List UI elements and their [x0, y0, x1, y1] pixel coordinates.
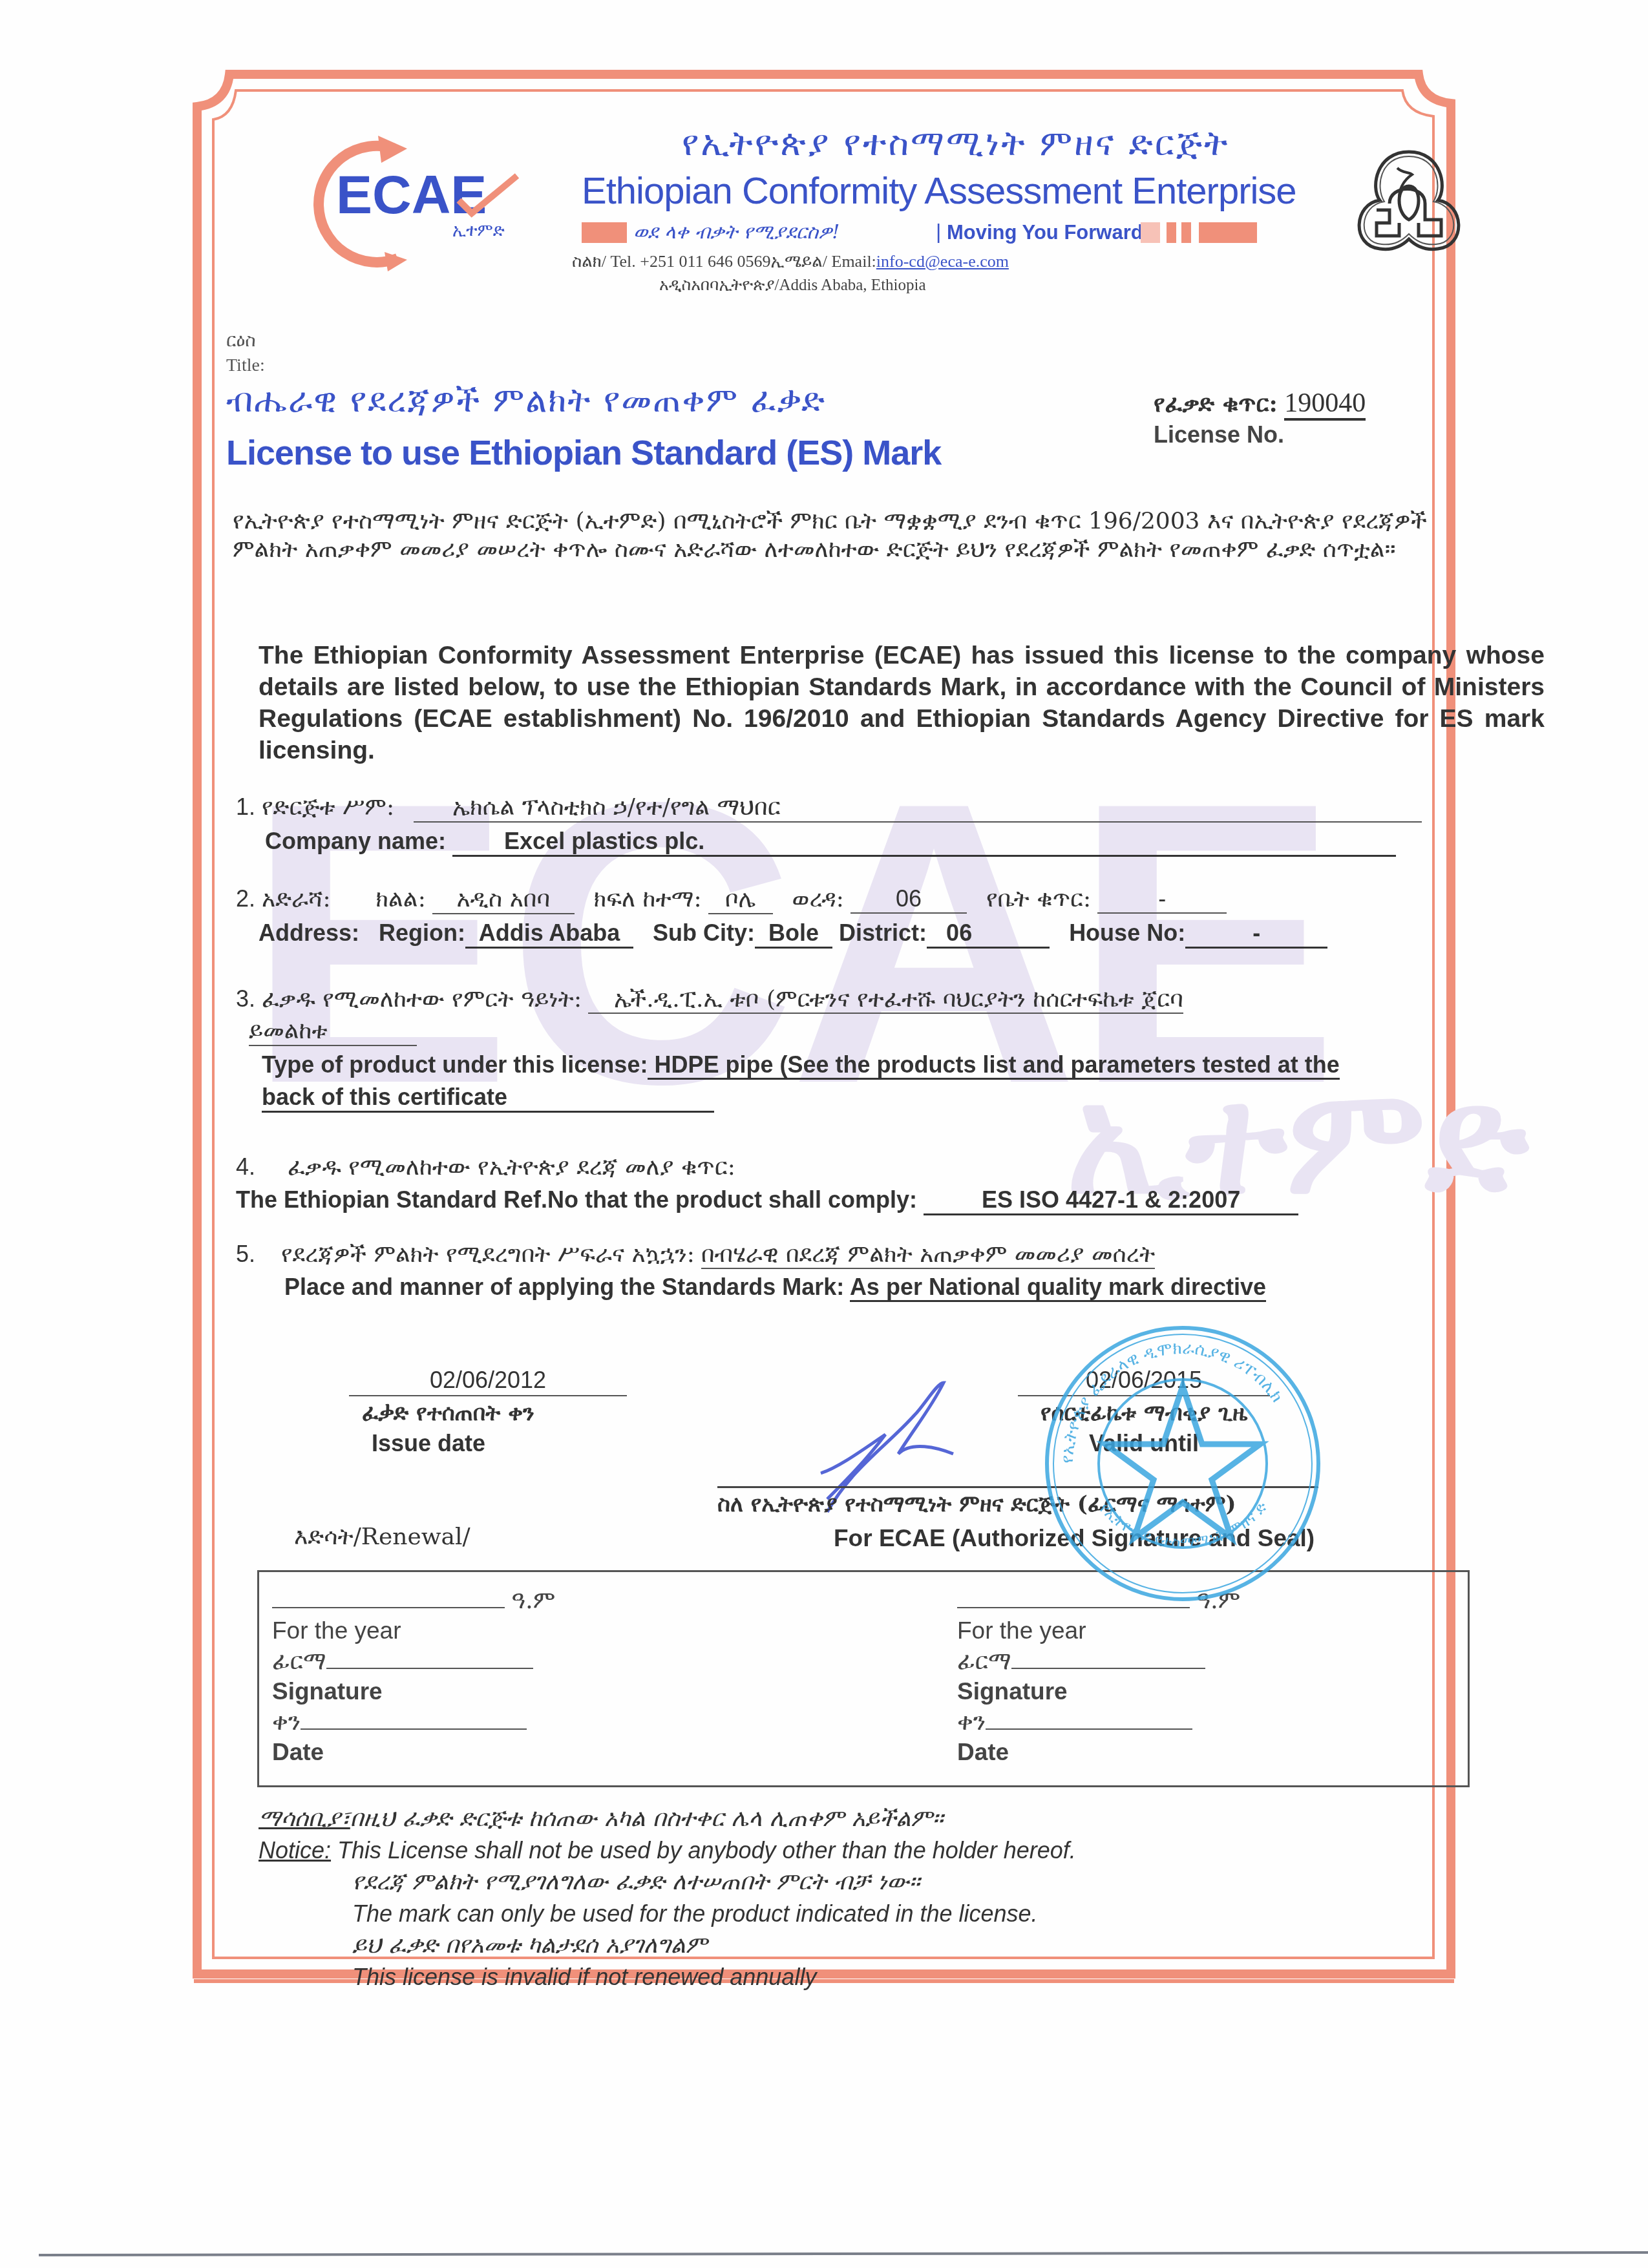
product-type-en-cont: back of this certificate: [262, 1084, 714, 1113]
standard-field: 4.ፈቃዱ የሚመለከተው የኢትዮጵያ ደረጃ መለያ ቁጥር: The Et…: [236, 1153, 1464, 1215]
page-title-amharic: ብሔራዊ የደረጃዎች ምልክት የመጠቀም ፈቃድ: [226, 381, 826, 421]
company-name-am: ኤክሴል ፕላስቲክስ ኃ/የተ/የግል ማህበር: [414, 794, 1422, 823]
standard-label-am: ፈቃዱ የሚመለከተው የኢትዮጵያ ደረጃ መለያ ቁጥር:: [288, 1154, 735, 1181]
renewal-label: እድሳት/Renewal/: [294, 1524, 470, 1551]
org-name-english: Ethiopian Conformity Assessment Enterpri…: [582, 169, 1296, 213]
license-number: 190040: [1284, 388, 1366, 421]
company-name-en: Excel plastics plc.: [452, 828, 1396, 857]
slogan-am: ወደ ላቀ ብቃት የሚያደርስዎ!: [633, 221, 840, 244]
company-label-am: የድርጅቱ ሥም:: [262, 794, 394, 821]
svg-text:ኢተምድ: ኢተምድ: [452, 221, 505, 240]
region-am: አዲስ አበባ: [432, 886, 575, 914]
issue-date-label-am: ፈቃድ የተሰጠበት ቀን: [349, 1400, 627, 1426]
renewal-year-input[interactable]: [272, 1586, 505, 1608]
header-address: አዲስአበባኢትዮጵያ/Addis Ababa, Ethiopia: [659, 277, 926, 295]
header: ECAE ኢተምድ የኢትዮጵያ የተስማሚነት ምዘና ድርጅት Ethiop…: [310, 123, 1461, 310]
mark-field: 5. የደረጃዎች ምልክት የሚደረግበት ሥፍራና አኳኋን: በብሄራዊ …: [236, 1241, 1464, 1301]
standard-label-en: The Ethiopian Standard Ref.No that the p…: [236, 1186, 917, 1213]
license-no-label-am: የፈቃድ ቁጥር:: [1154, 390, 1278, 417]
renewal-column-2: ዓ.ም For the year ፊርማ Signature ቀን Date: [957, 1585, 1240, 1767]
mark-label-am: የደረጃዎች ምልክት የሚደረግበት ሥፍራና አኳኋን:: [281, 1241, 695, 1268]
issue-date: 02/06/2012: [349, 1367, 627, 1396]
renewal-signature-input[interactable]: [326, 1647, 533, 1669]
renewal-date-input[interactable]: [986, 1708, 1192, 1730]
standards-emblem-icon: [1351, 142, 1467, 265]
product-type-en: HDPE pipe (See the products list and par…: [648, 1051, 1339, 1080]
product-type-am-cont: ይመልከቱ: [249, 1018, 417, 1046]
issue-date-block: 02/06/2012 ፈቃድ የተሰጠበት ቀን Issue date: [349, 1367, 627, 1457]
address-label-en: Address:: [259, 919, 359, 946]
contact-line: ስልክ/ Tel. +251 011 646 0569ኢሜይል/ Email:i…: [572, 252, 1009, 272]
address-field: 2. አድራሻ: ክልል: አዲስ አበባ ክፍለ ከተማ: ቦሌ ወረዳ: 0…: [236, 885, 1464, 949]
renewal-column-1: ዓ.ም For the year ፊርማ Signature ቀን Date: [272, 1585, 555, 1767]
company-field: 1. የድርጅቱ ሥም: ኤክሴል ፕላስቲክስ ኃ/የተ/የግል ማህበር C…: [236, 793, 1451, 857]
slogan-bar: ወደ ላቀ ብቃት የሚያደርስዎ! | Moving You Forward!: [582, 220, 1260, 246]
slogan-en: Moving You Forward!: [947, 221, 1150, 244]
standard-ref-number: ES ISO 4427-1 & 2:2007: [924, 1186, 1298, 1215]
house-no-am: -: [1097, 885, 1227, 914]
title-label-am: ርዕስ: [226, 330, 256, 352]
product-label-en: Type of product under this license:: [262, 1051, 648, 1078]
title-label-en: Title:: [226, 355, 265, 376]
subcity-en: Bole: [755, 919, 832, 949]
issue-date-label-en: Issue date: [349, 1430, 627, 1457]
district-en: 06: [927, 919, 1050, 949]
page-title: License to use Ethiopian Standard (ES) M…: [226, 433, 941, 473]
intro-amharic: የኢትዮጵያ የተስማሚነት ምዘና ድርጅት (ኢተምድ) በሚኒስትሮች ም…: [233, 507, 1474, 564]
notice-block: ማሳሰቢያ፣በዚህ ፈቃድ ድርጅቱ ከሰጠው አካል በስተቀር ሌላ ሊጠቀ…: [259, 1803, 1076, 1993]
district-am: 06: [850, 885, 967, 914]
phone: +251 011 646 0569: [640, 252, 770, 271]
house-no-en: -: [1185, 919, 1327, 949]
product-field: 3. ፈቃዱ የሚመለከተው የምርት ዓይነት: ኤች.ዲ.ፒ.ኢ ቱቦ (ም…: [236, 985, 1464, 1113]
mark-label-en: Place and manner of applying the Standar…: [284, 1274, 844, 1300]
intro-english: The Ethiopian Conformity Assessment Ente…: [259, 640, 1545, 766]
region-en: Addis Ababa: [465, 919, 633, 949]
ecae-logo-icon: ECAE ኢተምድ: [310, 123, 543, 278]
svg-text:ECAE: ECAE: [336, 164, 487, 225]
org-name-amharic: የኢትዮጵያ የተስማሚነት ምዘና ድርጅት: [682, 123, 1230, 164]
company-label-en: Company name:: [265, 828, 446, 854]
license-no-label-en: License No.: [1154, 421, 1366, 448]
renewal-date-input[interactable]: [301, 1708, 527, 1730]
official-seal-icon: የኢትዮጵያ ፌደራላዊ ዲሞክራሲያዊ ሪፐብሊክ የኢትዮጵያ የተስማሚነ…: [1034, 1315, 1331, 1612]
mark-manner-am: በብሄራዊ በደረጃ ምልክት አጠቃቀም መመሪያ መሰረት: [701, 1241, 1155, 1269]
product-type-am: ኤች.ዲ.ፒ.ኢ ቱቦ (ምርቱንና የተፈተሹ ባህርያትን ከሰርተፍኬቱ …: [588, 986, 1183, 1014]
product-label-am: ፈቃዱ የሚመለከተው የምርት ዓይነት:: [262, 986, 582, 1013]
email-link[interactable]: info-cd@eca-e.com: [876, 252, 1009, 271]
notice-label-en: Notice:: [259, 1837, 331, 1864]
license-number-block: የፈቃድ ቁጥር: 190040 License No.: [1154, 388, 1366, 448]
renewal-signature-input[interactable]: [1011, 1647, 1205, 1669]
mark-manner-en: As per National quality mark directive: [850, 1274, 1266, 1302]
notice-label-am: ማሳሰቢያ፣: [259, 1805, 350, 1832]
subcity-am: ቦሌ: [708, 886, 773, 914]
